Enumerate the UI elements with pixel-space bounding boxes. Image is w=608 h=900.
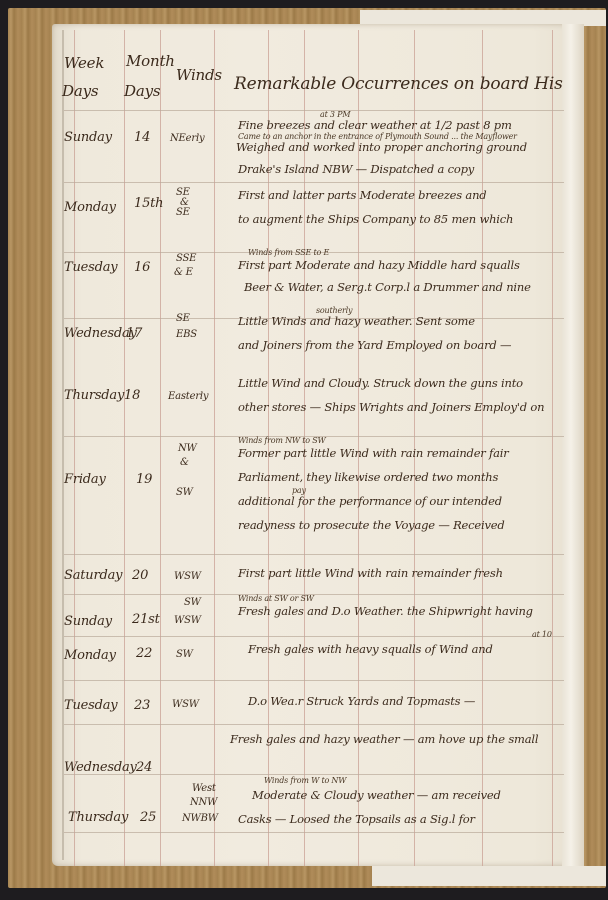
- rule-vertical: [160, 30, 161, 866]
- wind: NEerly: [170, 132, 204, 145]
- month-day: 17: [126, 326, 142, 341]
- page-edge: [562, 24, 584, 866]
- column-header-winds: Winds: [176, 66, 222, 84]
- entry-line: Beer & Water, a Serg.t Corp.l a Drummer …: [244, 280, 531, 294]
- week-day: Monday: [64, 200, 116, 215]
- entry-line: D.o Wea.r Struck Yards and Topmasts —: [248, 694, 475, 708]
- entry-line: additional for the performance of our in…: [238, 494, 502, 508]
- entry-line: Drake's Island NBW — Dispatched a copy: [238, 162, 474, 176]
- wind: SW: [176, 648, 193, 661]
- wind: SW: [176, 486, 193, 499]
- entry-line: and Joiners from the Yard Employed on bo…: [238, 338, 511, 352]
- entry-line: Little Winds and hazy weather. Sent some: [238, 314, 475, 328]
- page-gutter: [62, 30, 64, 860]
- header-text: Days: [124, 82, 160, 100]
- entry-line: Fresh gales and D.o Weather. the Shipwri…: [238, 604, 533, 618]
- month-day: 14: [134, 130, 150, 145]
- wind: EBS: [176, 328, 197, 341]
- entry-line: First and latter parts Moderate breezes …: [238, 188, 486, 202]
- wind: SE: [176, 312, 190, 325]
- rule-horizontal: [64, 110, 564, 111]
- wind: SW: [184, 596, 201, 609]
- week-day: Wednesday: [64, 760, 137, 775]
- week-day: Sunday: [64, 130, 112, 145]
- rule-vertical: [214, 30, 215, 866]
- rule-horizontal: [64, 636, 564, 637]
- week-day: Monday: [64, 648, 116, 663]
- interlinear-note: Winds from SSE to E: [248, 248, 329, 257]
- entry-line: Weighed and worked into proper anchoring…: [236, 140, 527, 154]
- wind: West: [192, 782, 216, 795]
- month-day: 21st: [132, 612, 160, 627]
- rule-vertical: [552, 30, 553, 866]
- week-day: Friday: [64, 472, 106, 487]
- month-day: 25: [140, 810, 156, 825]
- entry-line: other stores — Ships Wrights and Joiners…: [238, 400, 544, 414]
- rule-horizontal: [64, 554, 564, 555]
- rule-vertical: [124, 30, 125, 866]
- header-text: Week: [64, 54, 104, 72]
- entry-line: Casks — Loosed the Topsails as a Sig.l f…: [238, 812, 475, 826]
- logbook-page: Week Days Month Days Winds Remarkable Oc…: [52, 24, 584, 866]
- rule-horizontal: [64, 594, 564, 595]
- interlinear-note: at 10: [532, 630, 552, 639]
- rule-horizontal: [64, 724, 564, 725]
- paper-flap-bottom: [372, 866, 606, 886]
- month-day: 19: [136, 472, 152, 487]
- wind: SSE: [176, 252, 196, 265]
- month-day: 22: [136, 646, 152, 661]
- wind: NW: [178, 442, 197, 455]
- entry-line: to augment the Ships Company to 85 men w…: [238, 212, 513, 226]
- week-day: Tuesday: [64, 260, 117, 275]
- entry-line: readyness to prosecute the Voyage — Rece…: [238, 518, 505, 532]
- logbook-photo: Week Days Month Days Winds Remarkable Oc…: [0, 0, 608, 900]
- month-day: 15th: [134, 196, 163, 211]
- rule-horizontal: [64, 680, 564, 681]
- wind: SE: [176, 206, 190, 219]
- entry-line: Former part little Wind with rain remain…: [238, 446, 509, 460]
- wind: Easterly: [168, 390, 208, 403]
- week-day: Thursday: [68, 810, 128, 825]
- entry-line: Fresh gales with heavy squalls of Wind a…: [248, 642, 493, 656]
- wind: NNW: [190, 796, 217, 809]
- entry-line: First part Moderate and hazy Middle hard…: [238, 258, 520, 272]
- interlinear-note: Winds from W to NW: [264, 776, 346, 785]
- entry-line: Little Wind and Cloudy. Struck down the …: [238, 376, 523, 390]
- month-day: 24: [136, 760, 152, 775]
- rule-horizontal: [64, 182, 564, 183]
- wind: &: [180, 456, 189, 469]
- wind: & E: [174, 266, 193, 279]
- month-day: 18: [124, 388, 140, 403]
- entry-line: First part little Wind with rain remaind…: [238, 566, 503, 580]
- header-text: Days: [62, 82, 98, 100]
- wind: WSW: [174, 614, 201, 627]
- entry-line: Parliament, they likewise ordered two mo…: [238, 470, 498, 484]
- wind: WSW: [174, 570, 201, 583]
- wind: WSW: [172, 698, 199, 711]
- rule-horizontal: [64, 832, 564, 833]
- entry-line: Fresh gales and hazy weather — am hove u…: [230, 732, 538, 746]
- entry-line: Moderate & Cloudy weather — am received: [252, 788, 501, 802]
- header-text: Month: [126, 52, 175, 70]
- entry-line: Fine breezes and clear weather at 1/2 pa…: [238, 118, 512, 132]
- wind: NWBW: [182, 812, 218, 825]
- week-day: Tuesday: [64, 698, 117, 713]
- column-header-occurrences: Remarkable Occurrences on board His: [234, 74, 563, 94]
- interlinear-note: Winds at SW or SW: [238, 594, 314, 603]
- month-day: 23: [134, 698, 150, 713]
- week-day: Sunday: [64, 614, 112, 629]
- month-day: 16: [134, 260, 150, 275]
- week-day: Thursday: [64, 388, 124, 403]
- month-day: 20: [132, 568, 148, 583]
- week-day: Saturday: [64, 568, 122, 583]
- rule-vertical: [74, 30, 75, 866]
- interlinear-note: Winds from NW to SW: [238, 436, 326, 445]
